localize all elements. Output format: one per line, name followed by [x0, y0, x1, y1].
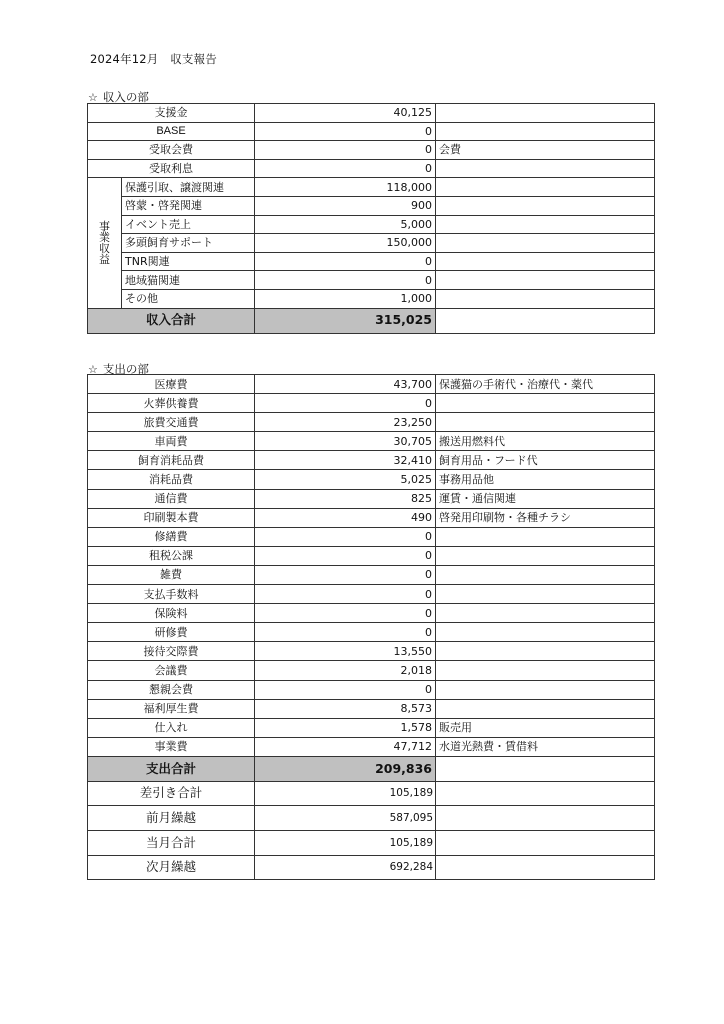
row-label: 旅費交通費 — [88, 413, 255, 432]
row-note — [436, 122, 655, 141]
row-note: 啓発用印刷物・各種チラシ — [436, 508, 655, 527]
row-note: 搬送用燃料代 — [436, 432, 655, 451]
expense-row: 修繕費0 — [88, 527, 655, 546]
row-note — [436, 394, 655, 413]
expense-table: 医療費43,700保護猫の手術代・治療代・薬代 火葬供養費0 旅費交通費23,2… — [87, 374, 655, 880]
row-amount: 0 — [255, 271, 436, 290]
expense-row: 研修費0 — [88, 623, 655, 642]
expense-row: 雑費0 — [88, 565, 655, 584]
row-note — [436, 159, 655, 178]
row-note: 事務用品他 — [436, 470, 655, 489]
row-amount: 1,578 — [255, 718, 436, 737]
summary-row-net: 差引き合計 105,189 — [88, 781, 655, 806]
row-label: 支払手数料 — [88, 585, 255, 604]
row-note — [436, 604, 655, 623]
row-label: 事業費 — [88, 737, 255, 756]
row-amount: 13,550 — [255, 642, 436, 661]
summary-note — [436, 855, 655, 880]
business-row-hoarding-support: 多頭飼育サポート 150,000 — [88, 234, 655, 253]
summary-row-previous-carryover: 前月繰越 587,095 — [88, 806, 655, 831]
row-note — [436, 623, 655, 642]
income-row-base: BASE 0 — [88, 122, 655, 141]
business-income-group-label: 事業収益 — [88, 178, 122, 308]
row-label: 多頭飼育サポート — [122, 234, 255, 253]
income-row-membership: 受取会費 0 会費 — [88, 141, 655, 160]
summary-note — [436, 806, 655, 831]
row-amount: 47,712 — [255, 737, 436, 756]
row-label: その他 — [122, 289, 255, 308]
expense-row: 支払手数料0 — [88, 585, 655, 604]
expense-row: 事業費47,712水道光熱費・賃借料 — [88, 737, 655, 756]
summary-amount: 105,189 — [255, 831, 436, 856]
row-note — [436, 289, 655, 308]
row-amount: 900 — [255, 196, 436, 215]
row-label: 印刷製本費 — [88, 508, 255, 527]
row-amount: 0 — [255, 159, 436, 178]
row-label: 受取会費 — [88, 141, 255, 160]
expense-total-row: 支出合計 209,836 — [88, 756, 655, 781]
summary-amount: 105,189 — [255, 781, 436, 806]
expense-row: 保険料0 — [88, 604, 655, 623]
row-note — [436, 527, 655, 546]
row-label: BASE — [88, 122, 255, 141]
row-amount: 150,000 — [255, 234, 436, 253]
business-row-community-cats: 地域猫関連 0 — [88, 271, 655, 290]
income-total-label: 収入合計 — [88, 308, 255, 333]
row-label: 雑費 — [88, 565, 255, 584]
row-label: 通信費 — [88, 489, 255, 508]
summary-row-current-month: 当月合計 105,189 — [88, 831, 655, 856]
expense-row: 懇親会費0 — [88, 680, 655, 699]
row-amount: 0 — [255, 546, 436, 565]
row-amount: 0 — [255, 680, 436, 699]
business-row-event: イベント売上 5,000 — [88, 215, 655, 234]
row-amount: 118,000 — [255, 178, 436, 197]
row-note: 会費 — [436, 141, 655, 160]
row-label: イベント売上 — [122, 215, 255, 234]
group-label-char: 益 — [91, 254, 118, 265]
summary-amount: 692,284 — [255, 855, 436, 880]
summary-label: 前月繰越 — [88, 806, 255, 831]
row-label: 租税公課 — [88, 546, 255, 565]
expense-row: 旅費交通費23,250 — [88, 413, 655, 432]
income-row-support: 支援金 40,125 — [88, 104, 655, 123]
row-label: 医療費 — [88, 375, 255, 394]
summary-note — [436, 831, 655, 856]
income-total-row: 収入合計 315,025 — [88, 308, 655, 333]
business-row-other: その他 1,000 — [88, 289, 655, 308]
row-label: TNR関連 — [122, 252, 255, 271]
expense-row: 接待交際費13,550 — [88, 642, 655, 661]
row-note — [436, 178, 655, 197]
expense-row: 通信費825運賃・通信関連 — [88, 489, 655, 508]
row-amount: 5,000 — [255, 215, 436, 234]
row-amount: 2,018 — [255, 661, 436, 680]
expense-row: 福利厚生費8,573 — [88, 699, 655, 718]
row-note — [436, 215, 655, 234]
row-note — [436, 565, 655, 584]
expense-row: 会議費2,018 — [88, 661, 655, 680]
row-label: 地域猫関連 — [122, 271, 255, 290]
expense-total-note — [436, 756, 655, 781]
row-note: 保護猫の手術代・治療代・薬代 — [436, 375, 655, 394]
summary-label: 当月合計 — [88, 831, 255, 856]
row-amount: 0 — [255, 527, 436, 546]
expense-row: 火葬供養費0 — [88, 394, 655, 413]
row-amount: 0 — [255, 585, 436, 604]
row-label: 研修費 — [88, 623, 255, 642]
row-amount: 0 — [255, 122, 436, 141]
expense-row: 消耗品費5,025事務用品他 — [88, 470, 655, 489]
row-note: 飼育用品・フード代 — [436, 451, 655, 470]
expense-total-label: 支出合計 — [88, 756, 255, 781]
row-note — [436, 252, 655, 271]
summary-label: 次月繰越 — [88, 855, 255, 880]
income-section-text: 収入の部 — [103, 90, 149, 104]
row-amount: 32,410 — [255, 451, 436, 470]
report-title: 2024年12月 収支報告 — [90, 51, 217, 67]
row-label: 消耗品費 — [88, 470, 255, 489]
row-label: 車両費 — [88, 432, 255, 451]
expense-row: 仕入れ1,578販売用 — [88, 718, 655, 737]
summary-row-next-carryover: 次月繰越 692,284 — [88, 855, 655, 880]
row-amount: 0 — [255, 565, 436, 584]
row-amount: 40,125 — [255, 104, 436, 123]
row-amount: 30,705 — [255, 432, 436, 451]
row-amount: 1,000 — [255, 289, 436, 308]
row-label: 火葬供養費 — [88, 394, 255, 413]
row-label: 飼育消耗品費 — [88, 451, 255, 470]
row-amount: 490 — [255, 508, 436, 527]
expense-row: 印刷製本費490啓発用印刷物・各種チラシ — [88, 508, 655, 527]
row-amount: 0 — [255, 141, 436, 160]
row-amount: 0 — [255, 604, 436, 623]
row-note: 販売用 — [436, 718, 655, 737]
row-amount: 8,573 — [255, 699, 436, 718]
row-note: 水道光熱費・賃借料 — [436, 737, 655, 756]
row-label: 支援金 — [88, 104, 255, 123]
row-amount: 0 — [255, 623, 436, 642]
row-label: 懇親会費 — [88, 680, 255, 699]
row-amount: 5,025 — [255, 470, 436, 489]
income-table: 支援金 40,125 BASE 0 受取会費 0 会費 受取利息 0 事業収益 … — [87, 103, 655, 334]
group-label-text: 事業収益 — [91, 221, 118, 265]
row-amount: 43,700 — [255, 375, 436, 394]
income-row-interest: 受取利息 0 — [88, 159, 655, 178]
summary-note — [436, 781, 655, 806]
expense-total-amount: 209,836 — [255, 756, 436, 781]
row-note — [436, 699, 655, 718]
row-note — [436, 661, 655, 680]
summary-label: 差引き合計 — [88, 781, 255, 806]
row-note — [436, 196, 655, 215]
row-label: 啓蒙・啓発関連 — [122, 196, 255, 215]
row-note — [436, 546, 655, 565]
row-amount: 0 — [255, 394, 436, 413]
row-note — [436, 104, 655, 123]
row-amount: 23,250 — [255, 413, 436, 432]
expense-row: 医療費43,700保護猫の手術代・治療代・薬代 — [88, 375, 655, 394]
row-label: 仕入れ — [88, 718, 255, 737]
row-amount: 0 — [255, 252, 436, 271]
row-note — [436, 680, 655, 699]
business-row-rescue: 事業収益 保護引取、譲渡関連 118,000 — [88, 178, 655, 197]
business-row-awareness: 啓蒙・啓発関連 900 — [88, 196, 655, 215]
row-label: 受取利息 — [88, 159, 255, 178]
summary-amount: 587,095 — [255, 806, 436, 831]
row-label: 保護引取、譲渡関連 — [122, 178, 255, 197]
expense-row: 租税公課0 — [88, 546, 655, 565]
income-total-note — [436, 308, 655, 333]
expense-row: 飼育消耗品費32,410飼育用品・フード代 — [88, 451, 655, 470]
row-note: 運賃・通信関連 — [436, 489, 655, 508]
row-label: 会議費 — [88, 661, 255, 680]
row-note — [436, 234, 655, 253]
row-label: 接待交際費 — [88, 642, 255, 661]
business-row-tnr: TNR関連 0 — [88, 252, 655, 271]
row-note — [436, 642, 655, 661]
expense-row: 車両費30,705搬送用燃料代 — [88, 432, 655, 451]
row-note — [436, 271, 655, 290]
row-label: 修繕費 — [88, 527, 255, 546]
row-label: 福利厚生費 — [88, 699, 255, 718]
row-note — [436, 585, 655, 604]
row-note — [436, 413, 655, 432]
row-amount: 825 — [255, 489, 436, 508]
row-label: 保険料 — [88, 604, 255, 623]
income-total-amount: 315,025 — [255, 308, 436, 333]
